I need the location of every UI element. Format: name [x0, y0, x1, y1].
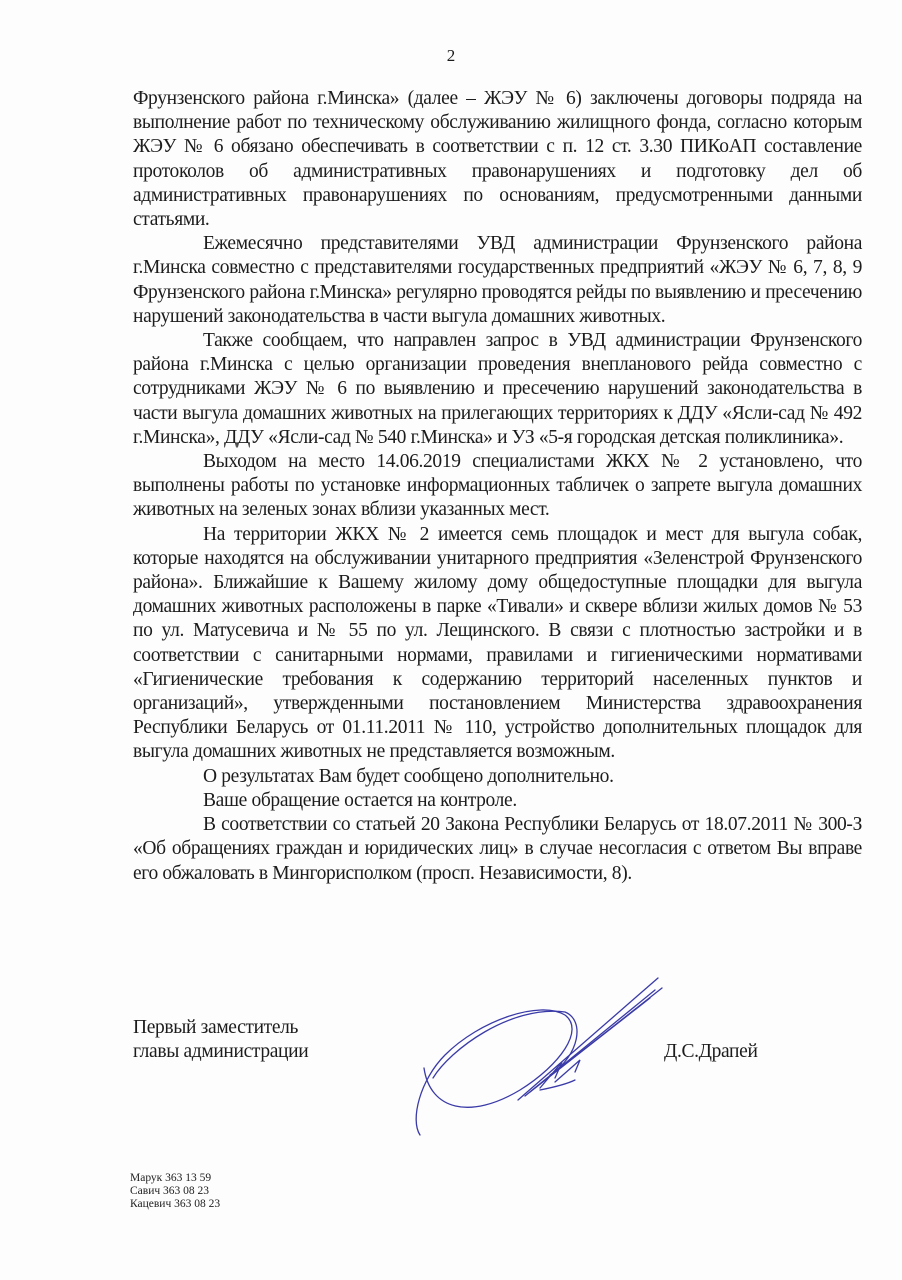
signatory-title-line2: главы администрации: [133, 1040, 308, 1064]
page-number: 2: [0, 46, 902, 66]
paragraph-under-control: Ваше обращение остается на контроле.: [133, 789, 862, 813]
contact-savich: Савич 363 08 23: [130, 1185, 220, 1198]
letter-body: Фрунзенского района г.Минска» (далее – Ж…: [133, 87, 862, 886]
signatory-title-line1: Первый заместитель: [133, 1016, 308, 1040]
paragraph-zheu-contracts: Фрунзенского района г.Минска» (далее – Ж…: [133, 87, 862, 232]
paragraph-results-notice: О результатах Вам будет сообщено дополни…: [133, 765, 862, 789]
contact-katsevich: Кацевич 363 08 23: [130, 1198, 220, 1211]
paragraph-monthly-raids: Ежемесячно представителями УВД администр…: [133, 232, 862, 329]
contact-list: Марук 363 13 59 Савич 363 08 23 Кацевич …: [130, 1172, 220, 1211]
document-page: 2 Фрунзенского района г.Минска» (далее –…: [0, 0, 902, 1280]
paragraph-request-uvd: Также сообщаем, что направлен запрос в У…: [133, 329, 862, 450]
paragraph-appeal-rights: В соответствии со статьей 20 Закона Респ…: [133, 813, 862, 886]
signatory-title: Первый заместитель главы администрации: [133, 1016, 308, 1064]
paragraph-site-visit: Выходом на место 14.06.2019 специалистам…: [133, 450, 862, 523]
paragraph-dog-areas: На территории ЖКХ № 2 имеется семь площа…: [133, 523, 862, 765]
handwritten-signature-icon: [400, 960, 740, 1140]
contact-maruk: Марук 363 13 59: [130, 1172, 220, 1185]
